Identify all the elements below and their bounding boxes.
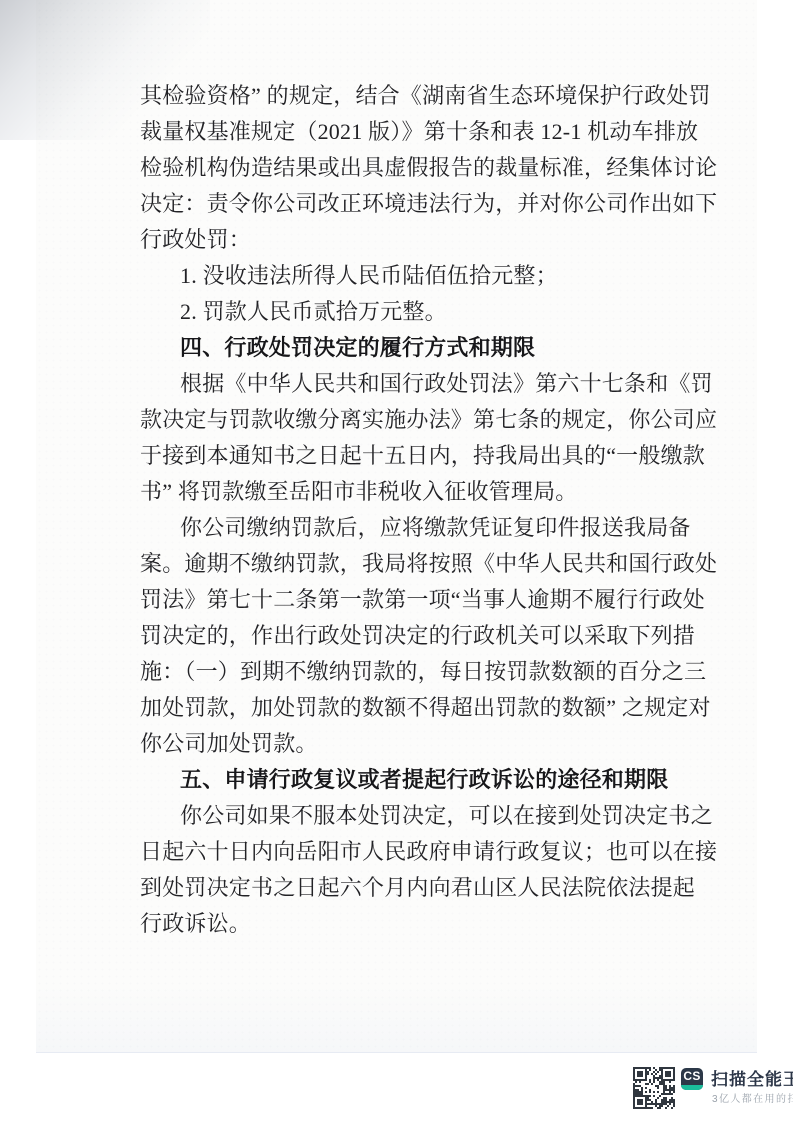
text-line: 书” 将罚款缴至岳阳市非税收入征收管理局。 [140, 474, 715, 510]
section-heading: 四、行政处罚决定的履行方式和期限 [140, 330, 715, 366]
text-line: 罚决定的，作出行政处罚决定的行政机关可以采取下列措 [140, 618, 715, 654]
scanned-paper-sheet: 其检验资格” 的规定，结合《湖南省生态环境保护行政处罚裁量权基准规定（2021 … [36, 0, 757, 1053]
text-line: 你公司如果不服本处罚决定，可以在接到处罚决定书之 [140, 798, 715, 834]
paper-bottom-shading [36, 982, 757, 1052]
text-line: 你公司加处罚款。 [140, 726, 715, 762]
text-line: 到处罚决定书之日起六个月内向君山区人民法院依法提起 [140, 870, 715, 906]
camscanner-logo-letters: CS [681, 1068, 703, 1085]
camscanner-logo-accent-strip [681, 1085, 703, 1090]
watermark-app-name: 扫描全能王 [711, 1069, 793, 1091]
qr-code-icon [633, 1067, 675, 1109]
text-line: 裁量权基准规定（2021 版）》第十条和表 12-1 机动车排放 [140, 114, 715, 150]
section-heading: 五、申请行政复议或者提起行政诉讼的途径和期限 [140, 762, 715, 798]
text-line: 日起六十日内向岳阳市人民政府申请行政复议；也可以在接 [140, 834, 715, 870]
text-line: 款决定与罚款收缴分离实施办法》第七条的规定，你公司应 [140, 402, 715, 438]
text-line: 你公司缴纳罚款后，应将缴款凭证复印件报送我局备 [140, 510, 715, 546]
text-line: 于接到本通知书之日起十五日内，持我局出具的“一般缴款 [140, 438, 715, 474]
text-line: 施：（一）到期不缴纳罚款的，每日按罚款数额的百分之三 [140, 654, 715, 690]
text-line: 其检验资格” 的规定，结合《湖南省生态环境保护行政处罚 [140, 78, 715, 114]
text-line: 检验机构伪造结果或出具虚假报告的裁量标准，经集体讨论 [140, 150, 715, 186]
text-line: 决定：责令你公司改正环境违法行为，并对你公司作出如下 [140, 186, 715, 222]
text-line: 行政处罚： [140, 222, 715, 258]
text-line: 根据《中华人民共和国行政处罚法》第六十七条和《罚 [140, 366, 715, 402]
document-lines: 其检验资格” 的规定，结合《湖南省生态环境保护行政处罚裁量权基准规定（2021 … [140, 78, 715, 942]
text-line: 加处罚款，加处罚款的数额不得超出罚款的数额” 之规定对 [140, 690, 715, 726]
scanned-page: { "page": { "background": "#ffffff", "pa… [0, 0, 793, 1122]
text-line: 罚法》第七十二条第一款第一项“当事人逾期不履行行政处 [140, 582, 715, 618]
watermark-tagline: 3亿人都在用的扫描App [712, 1093, 793, 1106]
text-line: 行政诉讼。 [140, 906, 715, 942]
text-line: 2. 罚款人民币贰拾万元整。 [140, 294, 715, 330]
text-line: 案。逾期不缴纳罚款，我局将按照《中华人民共和国行政处 [140, 546, 715, 582]
text-line: 1. 没收违法所得人民币陆佰伍拾元整； [140, 258, 715, 294]
camscanner-logo-icon: CS [681, 1068, 703, 1090]
